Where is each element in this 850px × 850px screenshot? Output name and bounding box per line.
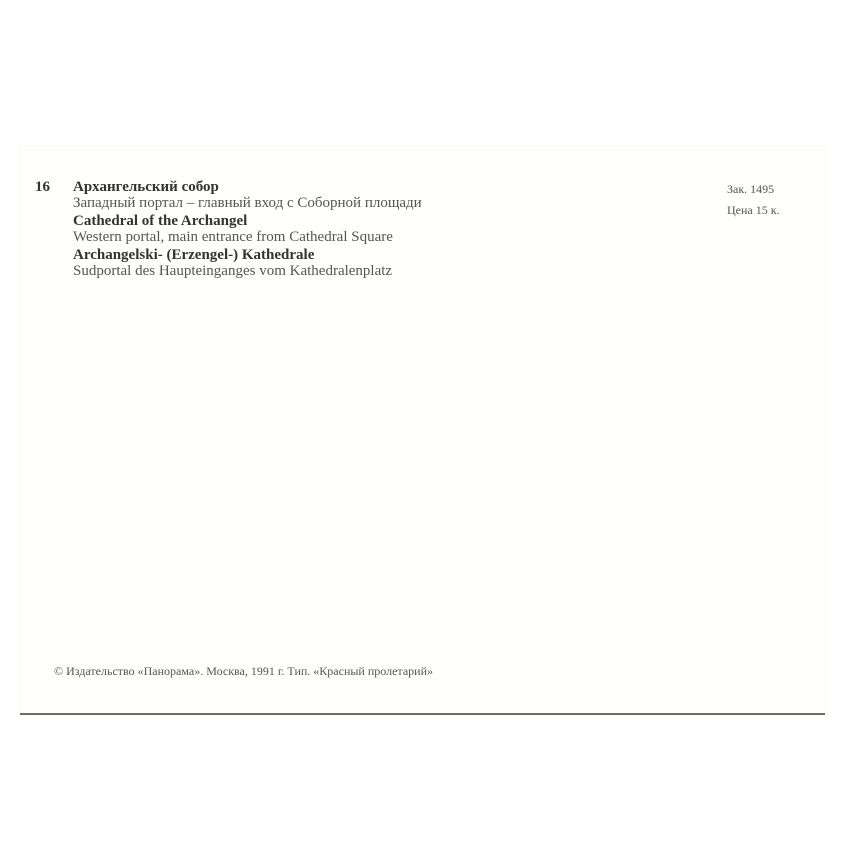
card-number: 16 — [35, 179, 73, 196]
order-info: Зак. 1495 Цена 15 к. — [727, 179, 780, 221]
title-en: Cathedral of the Archangel — [73, 213, 422, 229]
caption-block: 16 Архангельский собор Западный портал –… — [35, 179, 422, 279]
publisher-imprint: © Издательство «Панорама». Москва, 1991 … — [54, 664, 433, 679]
postcard-back: 16 Архангельский собор Западный портал –… — [20, 146, 825, 715]
subtitle-ru: Западный портал – главный вход с Соборно… — [73, 195, 422, 211]
title-de: Archangelski- (Erzengel-) Kathedrale — [73, 247, 422, 263]
subtitle-en: Western portal, main entrance from Cathe… — [73, 229, 422, 245]
order-number: Зак. 1495 — [727, 179, 780, 200]
title-ru: Архангельский собор — [73, 179, 422, 195]
subtitle-de: Sudportal des Haupteinganges vom Kathedr… — [73, 263, 422, 279]
price: Цена 15 к. — [727, 200, 780, 221]
